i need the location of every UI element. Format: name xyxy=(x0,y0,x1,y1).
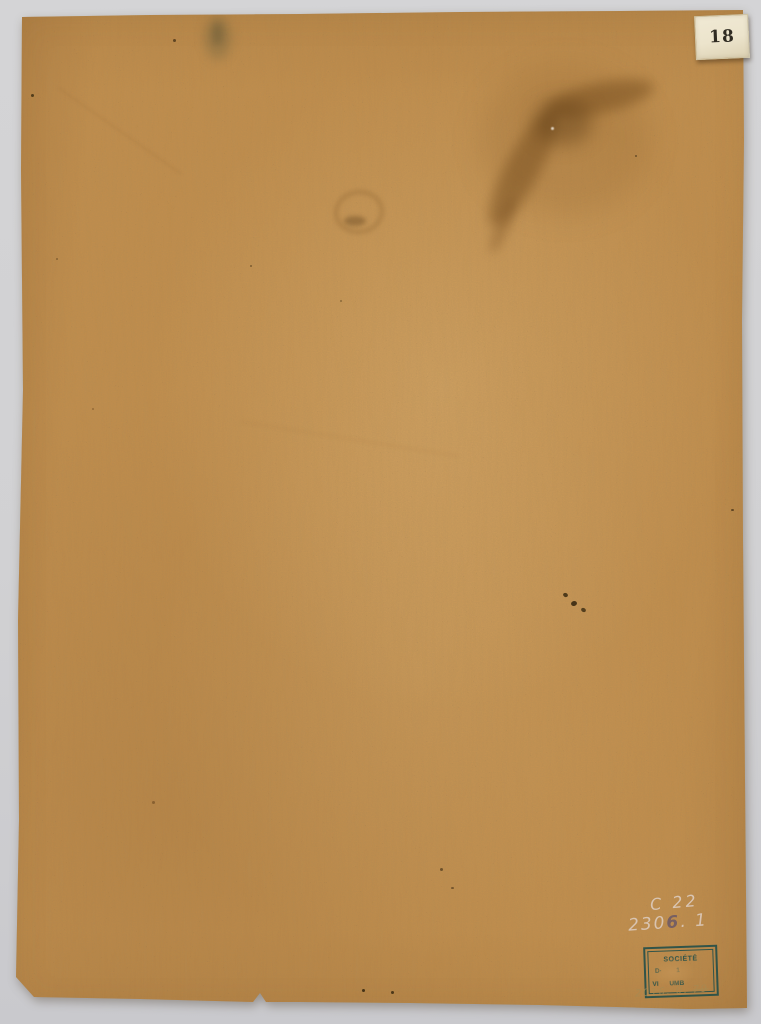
ink-speck xyxy=(570,600,577,606)
collection-stamp-inner-border: SOCIÉTÉ D· 1 VI UMB xyxy=(647,949,714,994)
ink-speck xyxy=(250,265,252,267)
ink-speck xyxy=(173,39,176,42)
paper-sheet-verso xyxy=(0,0,761,1024)
ink-speck xyxy=(562,592,568,598)
stamp-line-2: D· 1 xyxy=(650,967,712,976)
ink-speck xyxy=(440,868,443,871)
paper-crease xyxy=(58,87,182,175)
stamp-line-societe: SOCIÉTÉ xyxy=(649,955,711,964)
circular-ring-stain xyxy=(331,187,387,238)
ink-speck xyxy=(340,300,342,302)
paper-grain-texture xyxy=(0,0,761,1024)
ink-speck xyxy=(731,509,734,511)
ink-speck xyxy=(56,258,58,260)
top-edge-smudge-core xyxy=(212,22,223,46)
ink-speck xyxy=(362,989,365,992)
ink-stain-lower-lobe xyxy=(477,103,568,234)
ink-stain-halo xyxy=(480,65,650,215)
paper-sheet-wrap xyxy=(0,0,761,1024)
stamp-line-3: VI UMB xyxy=(650,980,712,989)
ink-stain-core xyxy=(533,99,593,145)
ink-speck xyxy=(391,991,394,994)
inventory-number: 18 xyxy=(709,26,736,47)
top-edge-smudge xyxy=(204,16,232,60)
paper-crease xyxy=(241,421,459,457)
ink-stain-tail xyxy=(485,195,520,256)
ink-speck xyxy=(580,607,586,613)
ink-speck xyxy=(152,801,155,804)
scan-background: 18 C 22 2306. 1 SOCIÉTÉ D· 1 VI UMB 2016… xyxy=(0,0,761,1024)
ink-speck xyxy=(635,155,637,157)
ink-speck xyxy=(92,408,94,410)
ink-speck xyxy=(31,94,34,97)
collection-stamp: SOCIÉTÉ D· 1 VI UMB xyxy=(643,945,719,999)
ink-speck xyxy=(451,887,454,889)
ink-stain-upper-lobe xyxy=(543,72,657,124)
inventory-number-label: 18 xyxy=(694,14,750,60)
stain-white-dot xyxy=(551,127,554,130)
